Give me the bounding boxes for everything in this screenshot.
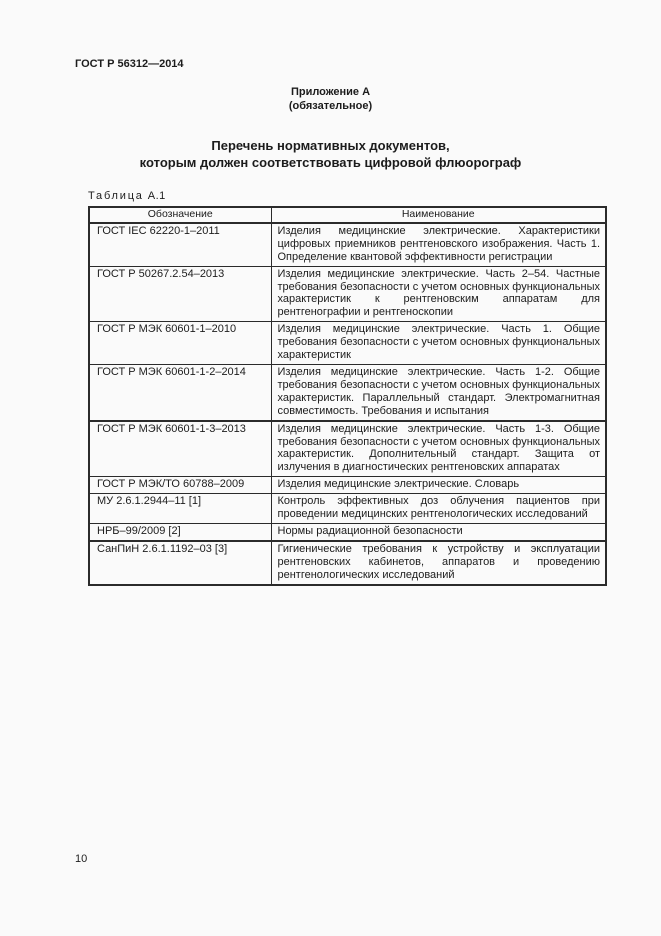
table-header-row: Обозначение Наименование [89, 207, 606, 223]
name-cell: Изделия медицинские электрические. Харак… [271, 223, 606, 266]
designation-cell: ГОСТ Р 50267.2.54–2013 [89, 266, 271, 322]
designation-cell: ГОСТ Р МЭК 60601-1-2–2014 [89, 364, 271, 420]
name-cell: Гигиенические требования к устройству и … [271, 541, 606, 585]
name-cell: Контроль эффективных доз облучения пацие… [271, 494, 606, 524]
table-row: НРБ–99/2009 [2] Нормы радиационной безоп… [89, 523, 606, 540]
table-row: ГОСТ Р МЭК 60601-1-3–2013 Изделия медици… [89, 421, 606, 477]
normative-documents-table: Обозначение Наименование ГОСТ IEC 62220-… [88, 206, 607, 586]
page-number: 10 [75, 853, 87, 865]
designation-cell: ГОСТ Р МЭК 60601-1-3–2013 [89, 421, 271, 477]
appendix-type: (обязательное) [0, 100, 661, 114]
designation-cell: ГОСТ Р МЭК 60601-1–2010 [89, 322, 271, 365]
name-cell: Изделия медицинские электрические. Слова… [271, 477, 606, 494]
table-caption-number: А.1 [148, 190, 166, 202]
table-row: ГОСТ Р МЭК/ТО 60788–2009 Изделия медицин… [89, 477, 606, 494]
name-cell: Изделия медицинские электрические. Часть… [271, 266, 606, 322]
name-cell: Нормы радиационной безопасности [271, 523, 606, 540]
table-row: ГОСТ Р МЭК 60601-1-2–2014 Изделия медици… [89, 364, 606, 420]
appendix-header: Приложение А (обязательное) [0, 86, 661, 113]
column-header-name: Наименование [271, 207, 606, 223]
table-row: СанПиН 2.6.1.1192–03 [3] Гигиенические т… [89, 541, 606, 585]
table-caption: ТаблицаА.1 [88, 190, 661, 202]
designation-cell: СанПиН 2.6.1.1192–03 [3] [89, 541, 271, 585]
table-row: ГОСТ Р 50267.2.54–2013 Изделия медицинск… [89, 266, 606, 322]
page-title-line1: Перечень нормативных документов, [0, 138, 661, 155]
table-row: ГОСТ Р МЭК 60601-1–2010 Изделия медицинс… [89, 322, 606, 365]
designation-cell: НРБ–99/2009 [2] [89, 523, 271, 540]
page-title: Перечень нормативных документов, которым… [0, 138, 661, 171]
name-cell: Изделия медицинские электрические. Часть… [271, 322, 606, 365]
column-header-designation: Обозначение [89, 207, 271, 223]
page-title-line2: которым должен соответствовать цифровой … [0, 155, 661, 172]
name-cell: Изделия медицинские электрические. Часть… [271, 421, 606, 477]
designation-cell: ГОСТ IEC 62220-1–2011 [89, 223, 271, 266]
table-caption-word: Таблица [88, 190, 144, 202]
name-cell: Изделия медицинские электрические. Часть… [271, 364, 606, 420]
appendix-label: Приложение А [0, 86, 661, 100]
designation-cell: МУ 2.6.1.2944–11 [1] [89, 494, 271, 524]
designation-cell: ГОСТ Р МЭК/ТО 60788–2009 [89, 477, 271, 494]
table-row: МУ 2.6.1.2944–11 [1] Контроль эффективны… [89, 494, 606, 524]
doc-code: ГОСТ Р 56312—2014 [75, 0, 661, 70]
table-row: ГОСТ IEC 62220-1–2011 Изделия медицински… [89, 223, 606, 266]
